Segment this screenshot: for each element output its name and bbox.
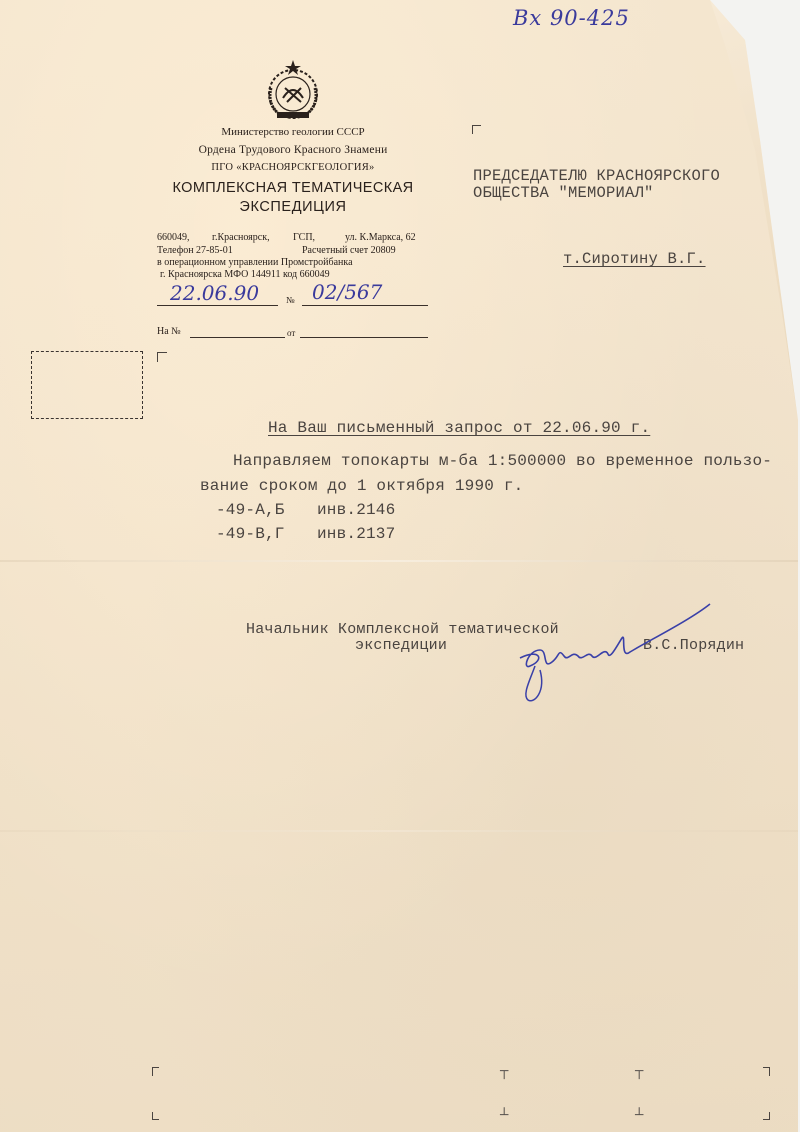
ministry-name: Министерство геологии СССР bbox=[0, 126, 586, 138]
addressee-name: т.Сиротину В.Г. bbox=[563, 250, 706, 268]
bank-line-2: г. Красноярска МФО 144911 код 660049 bbox=[160, 269, 330, 281]
letter-page: Вх 90-425 Министерство геологии СССР Орд… bbox=[0, 0, 800, 1132]
fold-mark-icon: ┬ bbox=[500, 1064, 508, 1080]
reference-date-line bbox=[300, 337, 428, 338]
gsp: ГСП, bbox=[293, 232, 315, 244]
stamp-area-box bbox=[31, 351, 143, 419]
subject-line: На Ваш письменный запрос от 22.06.90 г. bbox=[268, 419, 650, 437]
handwritten-signature bbox=[500, 600, 730, 710]
fold-mark-icon: ┴ bbox=[635, 1108, 643, 1124]
corner-mark-icon bbox=[152, 1067, 159, 1076]
reference-number-line bbox=[190, 337, 285, 338]
body-paragraph-line-1: Направляем топокарты м-ба 1:500000 во вр… bbox=[233, 452, 772, 470]
map-sheet-id: -49-В,Г bbox=[216, 525, 285, 543]
street: ул. К.Маркса, 62 bbox=[345, 232, 416, 244]
corner-mark-icon bbox=[157, 352, 167, 362]
signatory-title-line-2: экспедиции bbox=[355, 637, 447, 654]
bank-line-1: в операционном управлении Промстройбанка bbox=[157, 257, 353, 269]
corner-mark-icon bbox=[763, 1112, 770, 1120]
inventory-number: инв.2137 bbox=[317, 525, 395, 543]
soviet-emblem-icon bbox=[263, 58, 323, 124]
corner-mark-icon bbox=[152, 1112, 159, 1120]
letter-number: 02/567 bbox=[312, 280, 382, 304]
registration-annotation: Вх 90-425 bbox=[513, 6, 630, 30]
addressee-line-1: ПРЕДСЕДАТЕЛЮ КРАСНОЯРСКОГО bbox=[473, 167, 720, 185]
corner-mark-icon bbox=[763, 1067, 770, 1076]
city: г.Красноярск, bbox=[212, 232, 270, 244]
order-line: Ордена Трудового Красного Знамени bbox=[0, 144, 586, 156]
reference-from-label: от bbox=[287, 328, 295, 338]
map-sheet-id: -49-А,Б bbox=[216, 501, 285, 519]
inventory-number: инв.2146 bbox=[317, 501, 395, 519]
number-label: № bbox=[286, 295, 295, 305]
date-underline bbox=[157, 305, 278, 306]
folded-corner bbox=[700, 0, 800, 430]
number-underline bbox=[302, 305, 428, 306]
paper-fold bbox=[0, 830, 800, 832]
fold-mark-icon: ┴ bbox=[500, 1108, 508, 1124]
corner-mark-icon bbox=[472, 125, 481, 134]
body-paragraph-line-2: вание сроком до 1 октября 1990 г. bbox=[200, 477, 523, 495]
letter-date: 22.06.90 bbox=[170, 281, 259, 305]
paper-fold bbox=[0, 560, 800, 562]
addressee-line-2: ОБЩЕСТВА "МЕМОРИАЛ" bbox=[473, 184, 654, 202]
phone: Телефон 27-85-01 bbox=[157, 245, 233, 257]
fold-mark-icon: ┬ bbox=[635, 1064, 643, 1080]
reference-label: На № bbox=[157, 326, 181, 337]
postcode: 660049, bbox=[157, 232, 190, 244]
bank-account: Расчетный счет 20809 bbox=[302, 245, 396, 257]
